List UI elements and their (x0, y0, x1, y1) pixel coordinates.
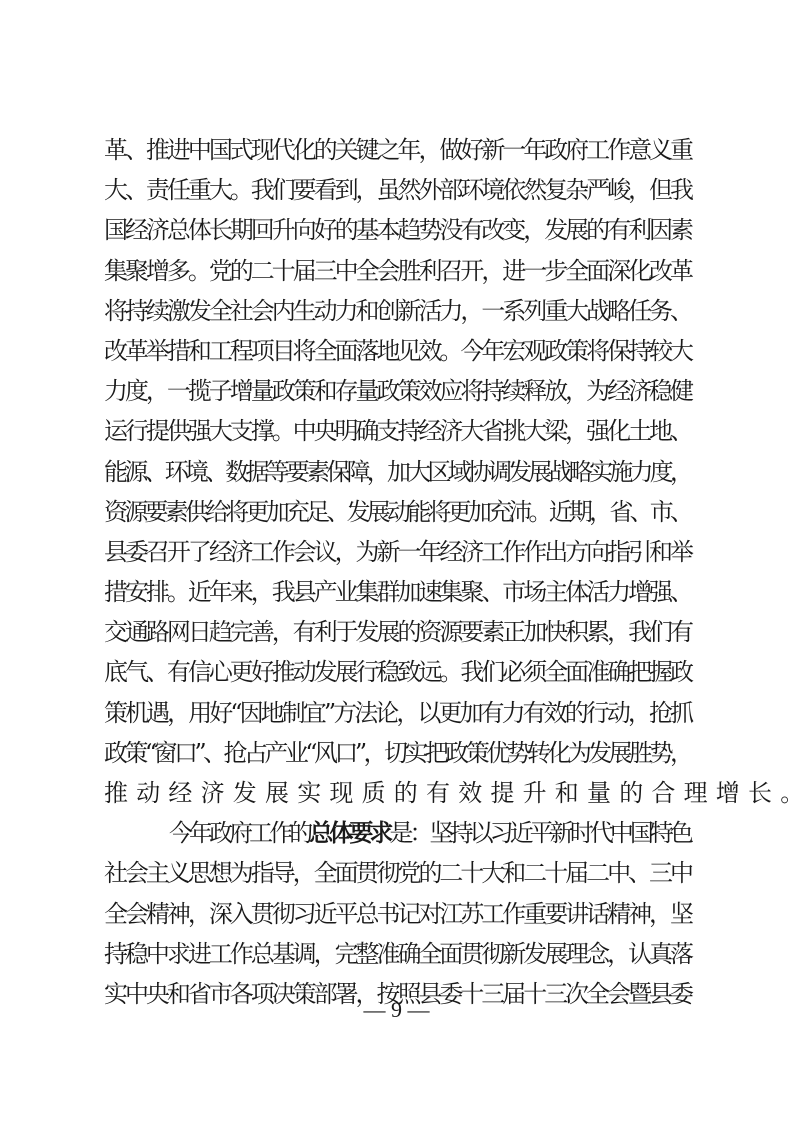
text-line: 集聚增多。党的二十届三中全会胜利召开，进一步全面深化改革 (104, 251, 694, 291)
text-line: 交通路网日趋完善，有利于发展的资源要素正加快积累，我们有 (104, 612, 694, 652)
text-line: 推动经济发展实现质的有效提升和量的合理增长。 (104, 773, 694, 813)
paragraph-first-line: 今年政府工作的总体要求是：坚持以习近平新时代中国特色 (104, 813, 694, 853)
body-text: 革、推进中国式现代化的关键之年，做好新一年政府工作意义重 大、责任重大。我们要看… (104, 130, 694, 1014)
text-line: 大、责任重大。我们要看到，虽然外部环境依然复杂严峻，但我 (104, 170, 694, 210)
text-line: 能源、环境、数据等要素保障，加大区域协调发展战略实施力度， (104, 452, 694, 492)
text-line: 底气、有信心更好推动发展行稳致远。我们必须全面准确把握政 (104, 652, 694, 692)
text-line: 持稳中求进工作总基调，完整准确全面贯彻新发展理念，认真落 (104, 934, 694, 974)
text-line: 革、推进中国式现代化的关键之年，做好新一年政府工作意义重 (104, 130, 694, 170)
text-line: 县委召开了经济工作会议，为新一年经济工作作出方向指引和举 (104, 532, 694, 572)
text-line: 运行提供强大支撑。中央明确支持经济大省挑大梁，强化土地、 (104, 411, 694, 451)
text-line: 政策“窗口”、抢占产业“风口”，切实把政策优势转化为发展胜势， (104, 733, 694, 773)
bold-keyword: 总体要求 (309, 819, 389, 847)
page-number: — 9 — (0, 997, 793, 1023)
text-line: 力度，一揽子增量政策和存量政策效应将持续释放，为经济稳健 (104, 371, 694, 411)
text-line: 资源要素供给将更加充足、发展动能将更加充沛。近期，省、市、 (104, 492, 694, 532)
document-page: 革、推进中国式现代化的关键之年，做好新一年政府工作意义重 大、责任重大。我们要看… (0, 0, 793, 1122)
text-line: 措安排。近年来，我县产业集群加速集聚、市场主体活力增强、 (104, 572, 694, 612)
text-line: 社会主义思想为指导，全面贯彻党的二十大和二十届二中、三中 (104, 853, 694, 893)
text-run: 是：坚持以习近平新时代中国特色 (389, 819, 690, 847)
text-line: 策机遇，用好“因地制宜”方法论，以更加有力有效的行动，抢抓 (104, 693, 694, 733)
text-run: 今年政府工作的 (169, 819, 309, 847)
text-line: 将持续激发全社会内生动力和创新活力，一系列重大战略任务、 (104, 291, 694, 331)
text-line: 改革举措和工程项目将全面落地见效。今年宏观政策将保持较大 (104, 331, 694, 371)
text-line: 全会精神，深入贯彻习近平总书记对江苏工作重要讲话精神，坚 (104, 894, 694, 934)
text-line: 国经济总体长期回升向好的基本趋势没有改变，发展的有利因素 (104, 210, 694, 250)
